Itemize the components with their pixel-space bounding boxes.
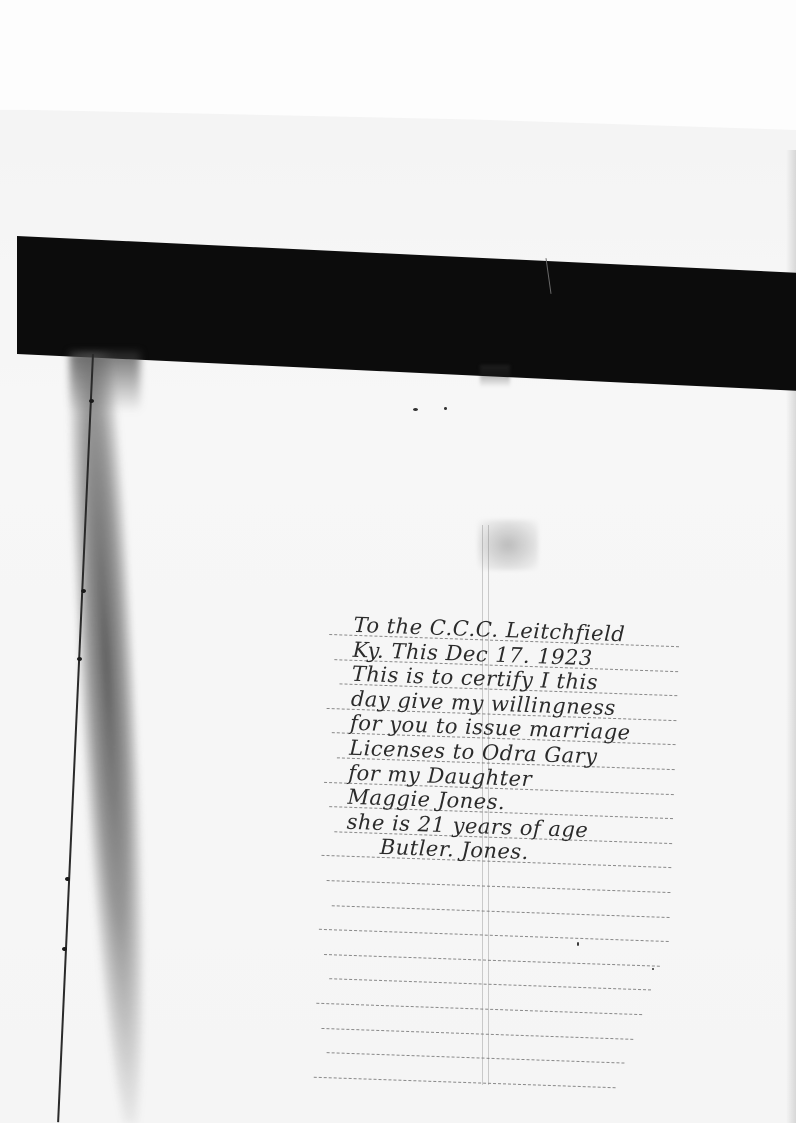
staple-hole-mark — [77, 657, 82, 661]
staple-hole-mark — [65, 877, 70, 881]
ruled-line — [316, 1003, 642, 1015]
faint-smudge — [478, 520, 538, 570]
ruled-line — [329, 979, 651, 991]
staple-hole-mark — [81, 589, 86, 593]
handwritten-line: Maggie Jones. — [347, 787, 505, 813]
handwritten-note: To the C.C.C. LeitchfieldKy. This Dec 17… — [313, 612, 710, 1105]
staple-hole-mark — [62, 947, 67, 951]
dust-speck — [444, 407, 447, 410]
staple-hole-mark — [89, 399, 94, 403]
top-paper-edge — [0, 0, 796, 130]
ruled-line — [324, 954, 660, 967]
scanned-page: To the C.C.C. LeitchfieldKy. This Dec 17… — [0, 0, 796, 1123]
ruled-line — [327, 1052, 625, 1063]
bar-ink-bleed — [480, 365, 510, 387]
dust-speck — [413, 408, 418, 411]
ruled-line — [321, 1028, 633, 1040]
ruled-line — [327, 880, 671, 893]
ruled-line — [314, 1077, 616, 1089]
ruled-line — [332, 905, 670, 918]
ruled-line — [319, 929, 669, 942]
signature: Butler. Jones. — [379, 837, 529, 863]
